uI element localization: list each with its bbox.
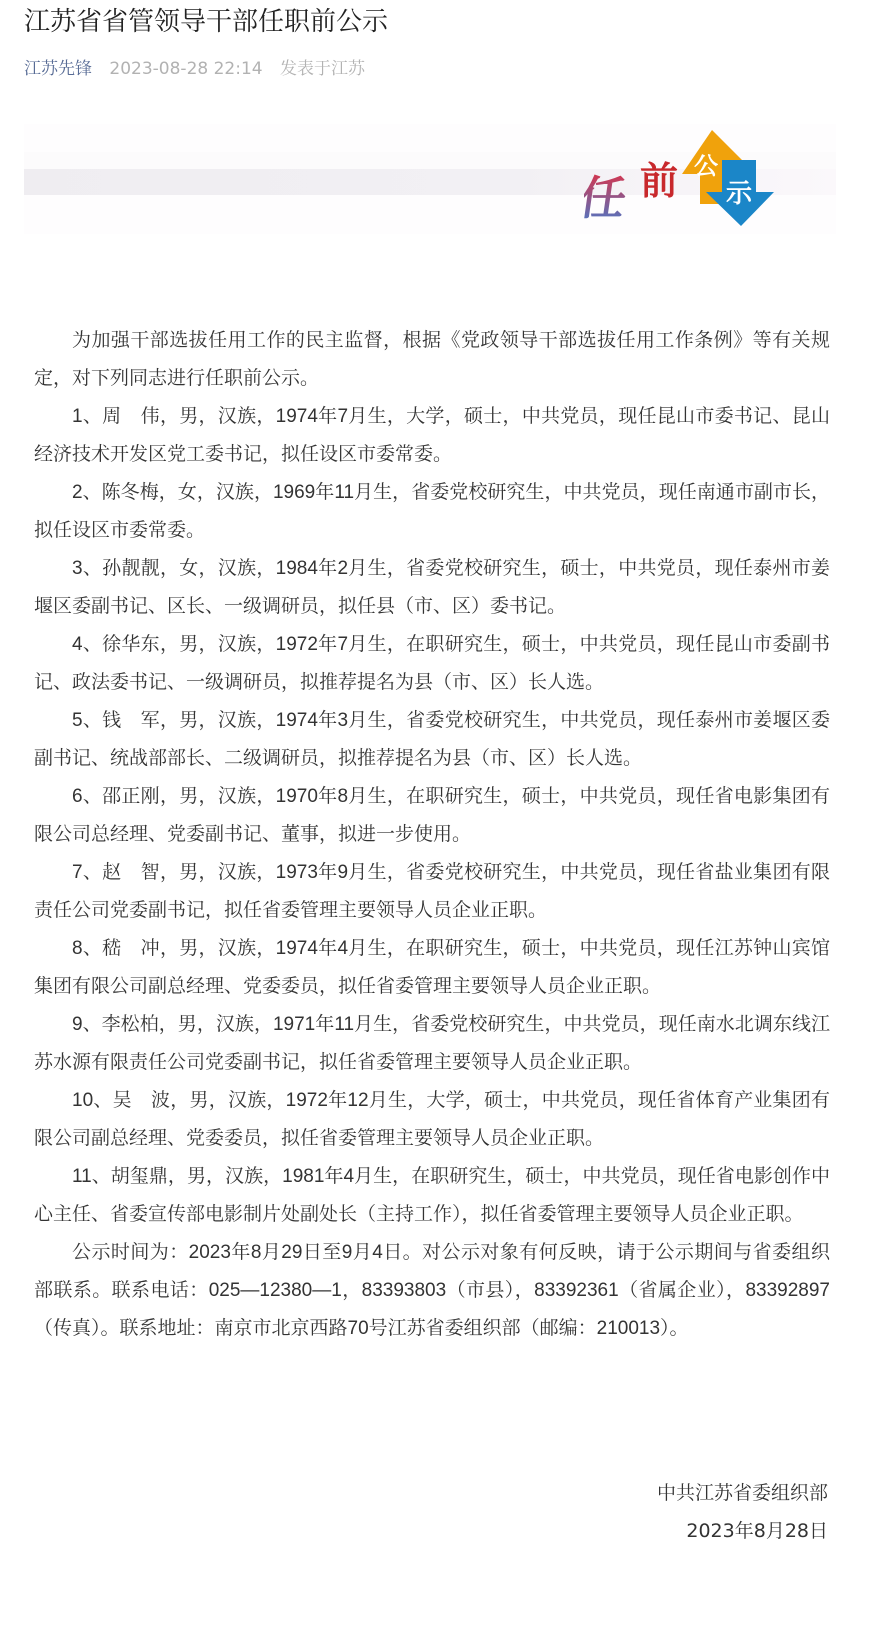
candidate-paragraph: 1、周 伟，男，汉族，1974年7月生，大学，硕士，中共党员，现任昆山市委书记、…: [34, 398, 830, 474]
candidate-paragraph: 7、赵 智，男，汉族，1973年9月生，省委党校研究生，中共党员，现任省盐业集团…: [34, 854, 830, 930]
publish-location: 发表于江苏: [280, 59, 365, 79]
candidate-paragraph: 4、徐华东，男，汉族，1972年7月生，在职研究生，硕士，中共党员，现任昆山市委…: [34, 626, 830, 702]
candidate-paragraph: 3、孙靓靓，女，汉族，1984年2月生，省委党校研究生，硕士，中共党员，现任泰州…: [34, 550, 830, 626]
pre-appointment-notice-logo-icon: 任 前 公 示: [584, 126, 774, 232]
svg-text:示: 示: [726, 179, 753, 209]
signature-organization: 中共江苏省委组织部: [657, 1474, 828, 1512]
candidate-paragraph: 6、邵正刚，男，汉族，1970年8月生，在职研究生，硕士，中共党员，现任省电影集…: [34, 778, 830, 854]
signature-block: 中共江苏省委组织部 2023年8月28日: [657, 1474, 828, 1550]
banner-image: 任 前 公 示: [24, 124, 836, 234]
svg-text:前: 前: [640, 159, 678, 203]
candidate-paragraph: 10、吴 波，男，汉族，1972年12月生，大学，硕士，中共党员，现任省体育产业…: [34, 1082, 830, 1158]
candidate-paragraph: 5、钱 军，男，汉族，1974年3月生，省委党校研究生，中共党员，现任泰州市姜堰…: [34, 702, 830, 778]
notice-paragraph: 公示时间为：2023年8月29日至9月4日。对公示对象有何反映，请于公示期间与省…: [34, 1234, 830, 1348]
signature-date: 2023年8月28日: [657, 1512, 828, 1550]
article-meta: 江苏先锋 2023-08-28 22:14 发表于江苏: [24, 56, 365, 82]
author-link[interactable]: 江苏先锋: [24, 59, 92, 79]
article-title: 江苏省省管领导干部任职前公示: [24, 4, 388, 40]
svg-text:任: 任: [584, 171, 630, 225]
publish-datetime: 2023-08-28 22:14: [109, 59, 262, 79]
candidate-paragraph: 8、嵇 冲，男，汉族，1974年4月生，在职研究生，硕士，中共党员，现任江苏钟山…: [34, 930, 830, 1006]
candidate-paragraph: 9、李松柏，男，汉族，1971年11月生，省委党校研究生，中共党员，现任南水北调…: [34, 1006, 830, 1082]
article-body: 为加强干部选拔任用工作的民主监督，根据《党政领导干部选拔任用工作条例》等有关规定…: [34, 322, 830, 1348]
candidate-paragraph: 11、胡玺鼎，男，汉族，1981年4月生，在职研究生，硕士，中共党员，现任省电影…: [34, 1158, 830, 1234]
intro-paragraph: 为加强干部选拔任用工作的民主监督，根据《党政领导干部选拔任用工作条例》等有关规定…: [34, 322, 830, 398]
svg-text:公: 公: [694, 152, 718, 180]
candidate-paragraph: 2、陈冬梅，女，汉族，1969年11月生，省委党校研究生，中共党员，现任南通市副…: [34, 474, 830, 550]
